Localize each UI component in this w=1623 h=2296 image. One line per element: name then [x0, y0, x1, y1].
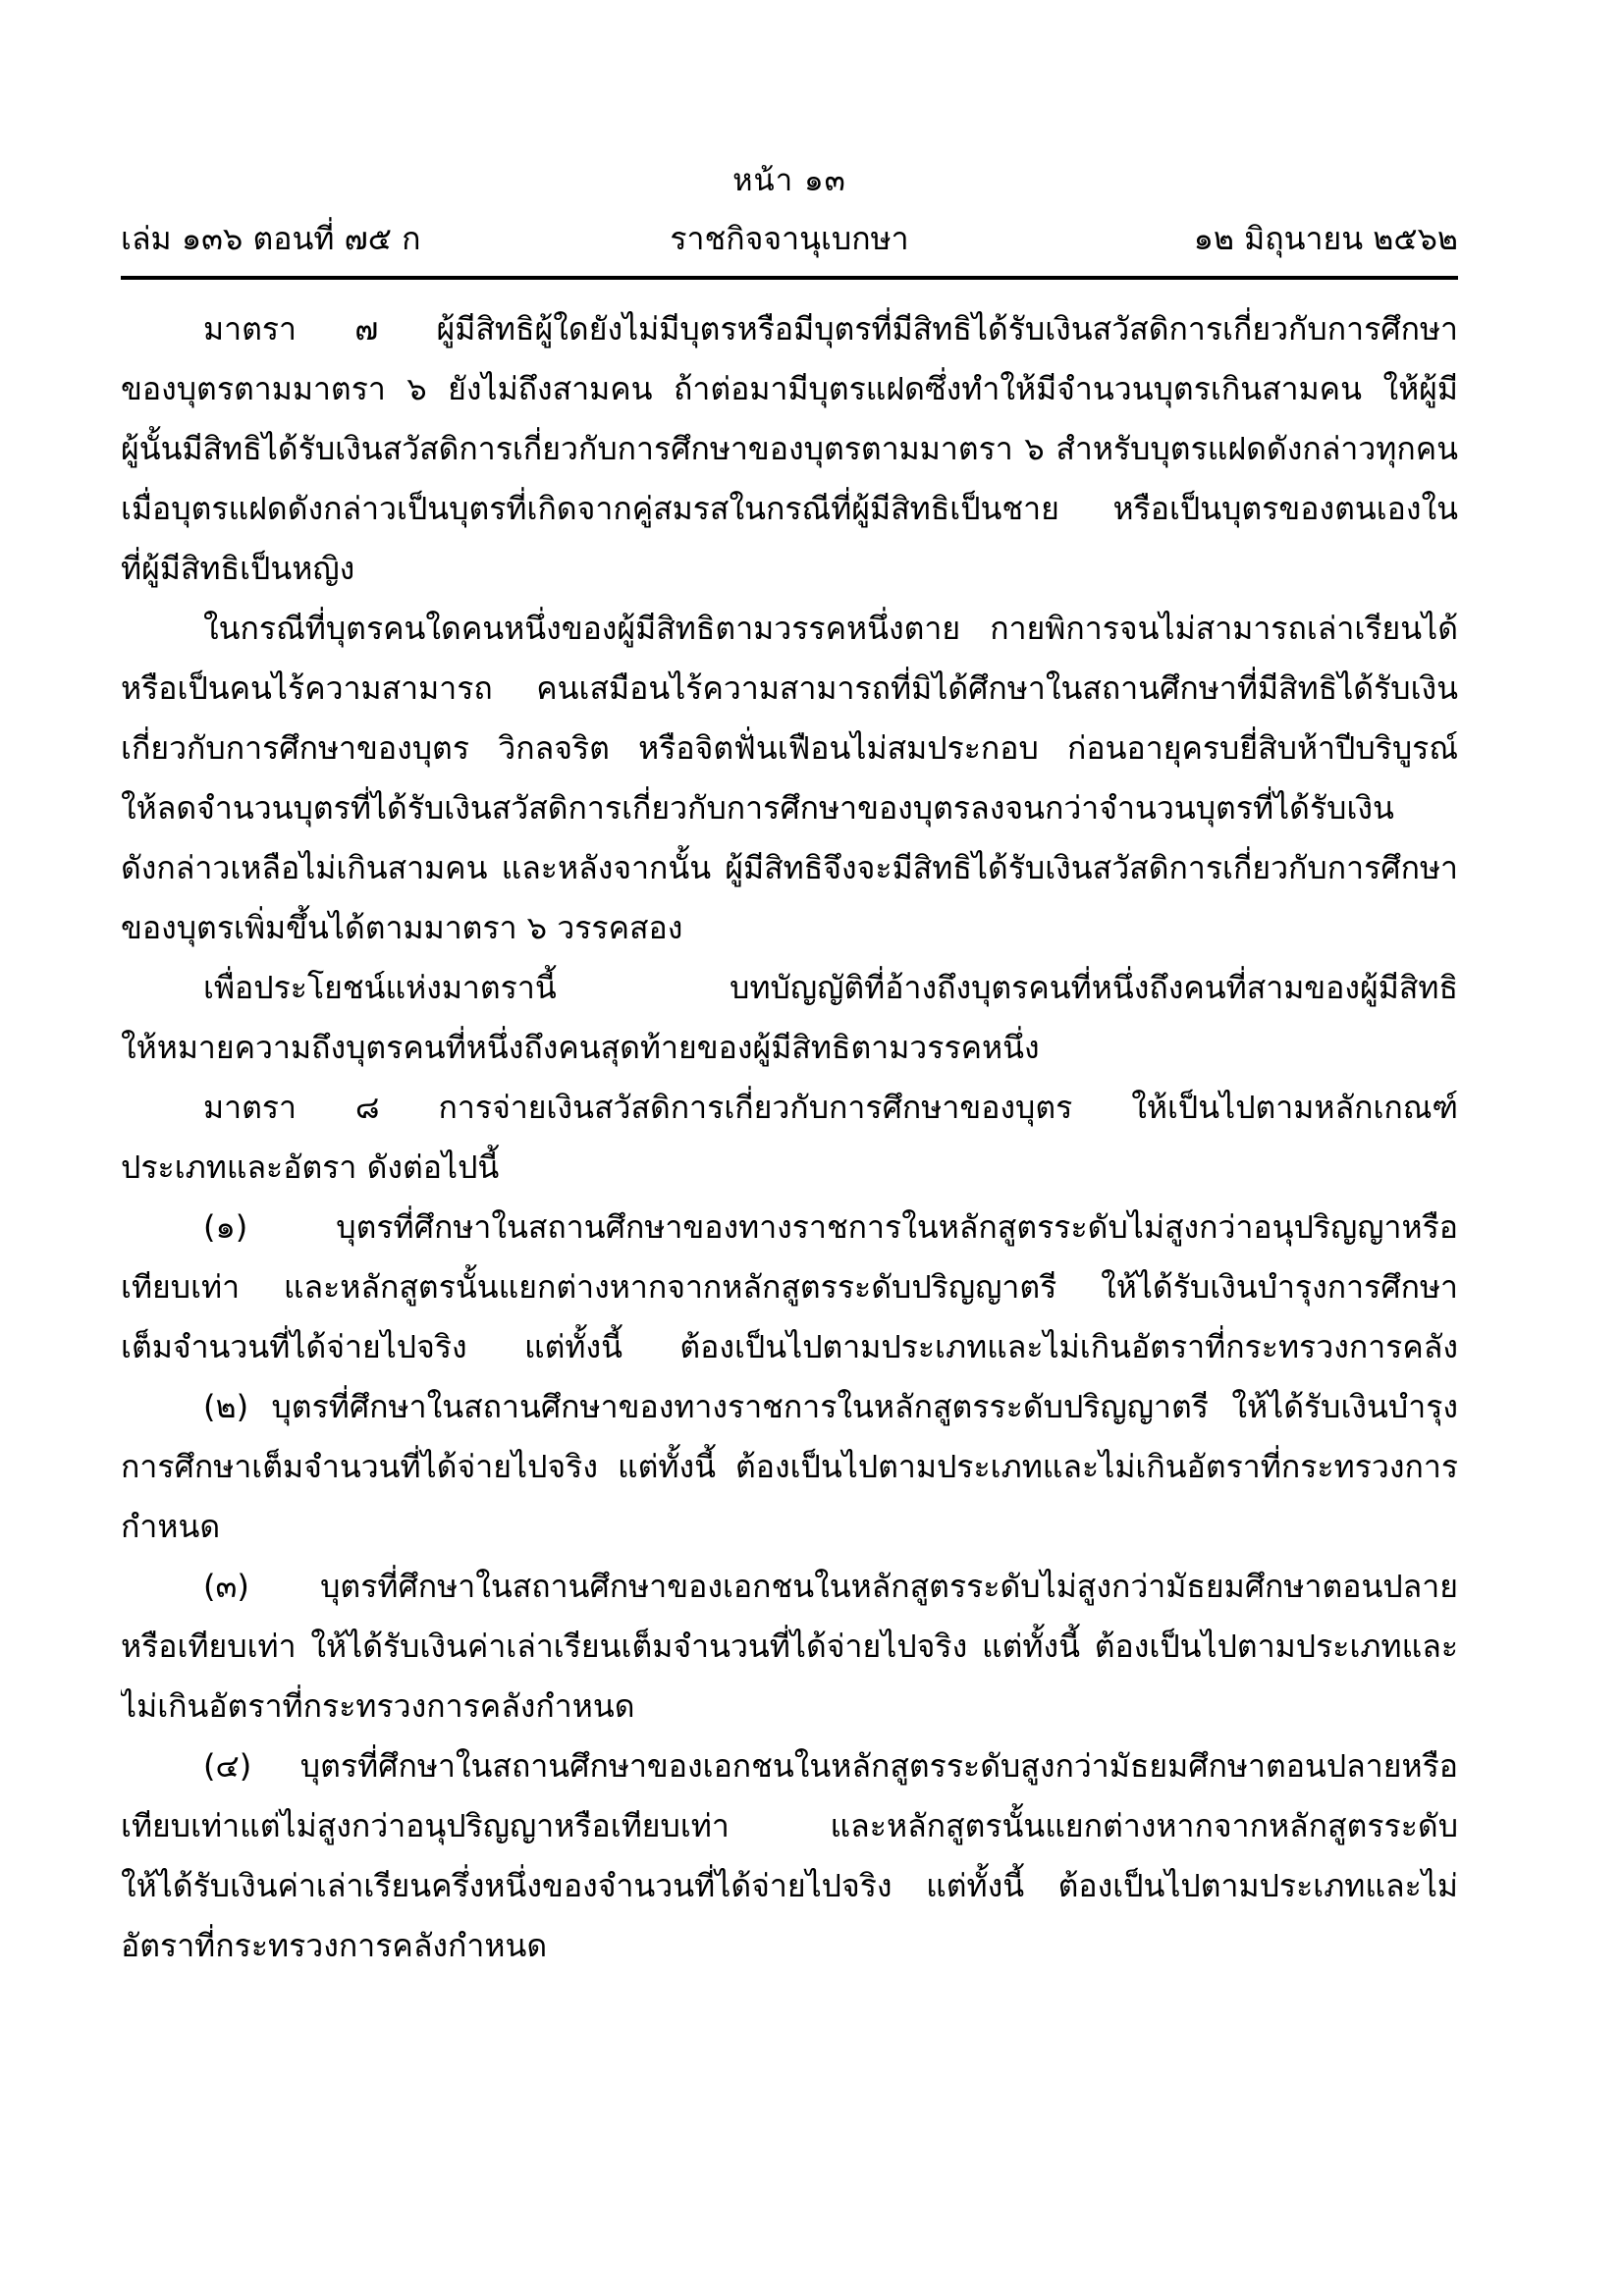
- text-line: เกี่ยวกับการศึกษาของบุตร วิกลจริต หรือจิ…: [121, 719, 1458, 778]
- paragraph: ในกรณีที่บุตรคนใดคนหนึ่งของผู้มีสิทธิตาม…: [121, 599, 1458, 958]
- text-line: (๒) บุตรที่ศึกษาในสถานศึกษาของทางราชการใ…: [121, 1377, 1458, 1437]
- volume-issue: เล่ม ๑๓๖ ตอนที่ ๗๕ ก: [121, 214, 420, 264]
- text-line: หรือเป็นคนไร้ความสามารถ คนเสมือนไร้ความส…: [121, 659, 1458, 719]
- masthead: เล่ม ๑๓๖ ตอนที่ ๗๕ ก ราชกิจจานุเบกษา ๑๒ …: [121, 214, 1458, 264]
- paragraph: (๒) บุตรที่ศึกษาในสถานศึกษาของทางราชการใ…: [121, 1377, 1458, 1557]
- text-line: เทียบเท่า และหลักสูตรนั้นแยกต่างหากจากหล…: [121, 1257, 1458, 1317]
- text-line: ประเภทและอัตรา ดังต่อไปนี้: [121, 1138, 1458, 1198]
- text-line: (๔) บุตรที่ศึกษาในสถานศึกษาของเอกชนในหลั…: [121, 1736, 1458, 1796]
- publication-date: ๑๒ มิถุนายน ๒๕๖๒: [1194, 214, 1458, 264]
- text-line: เทียบเท่าแต่ไม่สูงกว่าอนุปริญญาหรือเทียบ…: [121, 1796, 1458, 1856]
- text-line: ดังกล่าวเหลือไม่เกินสามคน และหลังจากนั้น…: [121, 838, 1458, 898]
- text-line: ในกรณีที่บุตรคนใดคนหนึ่งของผู้มีสิทธิตาม…: [121, 599, 1458, 659]
- paragraph: มาตรา ๗ ผู้มีสิทธิผู้ใดยังไม่มีบุตรหรือม…: [121, 299, 1458, 599]
- text-line: ให้ได้รับเงินค่าเล่าเรียนครึ่งหนึ่งของจำ…: [121, 1856, 1458, 1916]
- paragraph: เพื่อประโยชน์แห่งมาตรานี้ บทบัญญัติที่อ้…: [121, 958, 1458, 1078]
- text-line: การศึกษาเต็มจำนวนที่ได้จ่ายไปจริง แต่ทั้…: [121, 1437, 1458, 1497]
- paragraph: (๑) บุตรที่ศึกษาในสถานศึกษาของทางราชการใ…: [121, 1198, 1458, 1377]
- text-line: มาตรา ๘ การจ่ายเงินสวัสดิการเกี่ยวกับการ…: [121, 1078, 1458, 1138]
- text-line: (๑) บุตรที่ศึกษาในสถานศึกษาของทางราชการใ…: [121, 1198, 1458, 1257]
- text-line: ไม่เกินอัตราที่กระทรวงการคลังกำหนด: [121, 1677, 1458, 1736]
- text-line: ที่ผู้มีสิทธิเป็นหญิง: [121, 539, 1458, 599]
- page-number: หน้า ๑๓: [121, 155, 1458, 204]
- text-line: อัตราที่กระทรวงการคลังกำหนด: [121, 1916, 1458, 1976]
- gazette-page: หน้า ๑๓ เล่ม ๑๓๖ ตอนที่ ๗๕ ก ราชกิจจานุเ…: [0, 0, 1623, 2296]
- text-line: ของบุตรตามมาตรา ๖ ยังไม่ถึงสามคน ถ้าต่อม…: [121, 359, 1458, 419]
- text-line: เต็มจำนวนที่ได้จ่ายไปจริง แต่ทั้งนี้ ต้อ…: [121, 1317, 1458, 1377]
- paragraph: มาตรา ๘ การจ่ายเงินสวัสดิการเกี่ยวกับการ…: [121, 1078, 1458, 1198]
- text-line: กำหนด: [121, 1497, 1458, 1557]
- text-line: ผู้นั้นมีสิทธิได้รับเงินสวัสดิการเกี่ยวก…: [121, 419, 1458, 479]
- text-line: เมื่อบุตรแฝดดังกล่าวเป็นบุตรที่เกิดจากคู…: [121, 479, 1458, 539]
- gazette-name: ราชกิจจานุเบกษา: [670, 214, 908, 264]
- paragraph: (๓) บุตรที่ศึกษาในสถานศึกษาของเอกชนในหลั…: [121, 1557, 1458, 1736]
- text-line: (๓) บุตรที่ศึกษาในสถานศึกษาของเอกชนในหลั…: [121, 1557, 1458, 1617]
- header-rule: [121, 276, 1458, 280]
- text-line: ให้หมายความถึงบุตรคนที่หนึ่งถึงคนสุดท้าย…: [121, 1018, 1458, 1078]
- paragraph: (๔) บุตรที่ศึกษาในสถานศึกษาของเอกชนในหลั…: [121, 1736, 1458, 1976]
- text-line: ให้ลดจำนวนบุตรที่ได้รับเงินสวัสดิการเกี่…: [121, 778, 1458, 838]
- text-line: ของบุตรเพิ่มขึ้นได้ตามมาตรา ๖ วรรคสอง: [121, 898, 1458, 958]
- document-body: มาตรา ๗ ผู้มีสิทธิผู้ใดยังไม่มีบุตรหรือม…: [121, 299, 1458, 1976]
- text-line: เพื่อประโยชน์แห่งมาตรานี้ บทบัญญัติที่อ้…: [121, 958, 1458, 1018]
- page-content: หน้า ๑๓ เล่ม ๑๓๖ ตอนที่ ๗๕ ก ราชกิจจานุเ…: [121, 0, 1458, 1976]
- text-line: มาตรา ๗ ผู้มีสิทธิผู้ใดยังไม่มีบุตรหรือม…: [121, 299, 1458, 359]
- text-line: หรือเทียบเท่า ให้ได้รับเงินค่าเล่าเรียนเ…: [121, 1617, 1458, 1677]
